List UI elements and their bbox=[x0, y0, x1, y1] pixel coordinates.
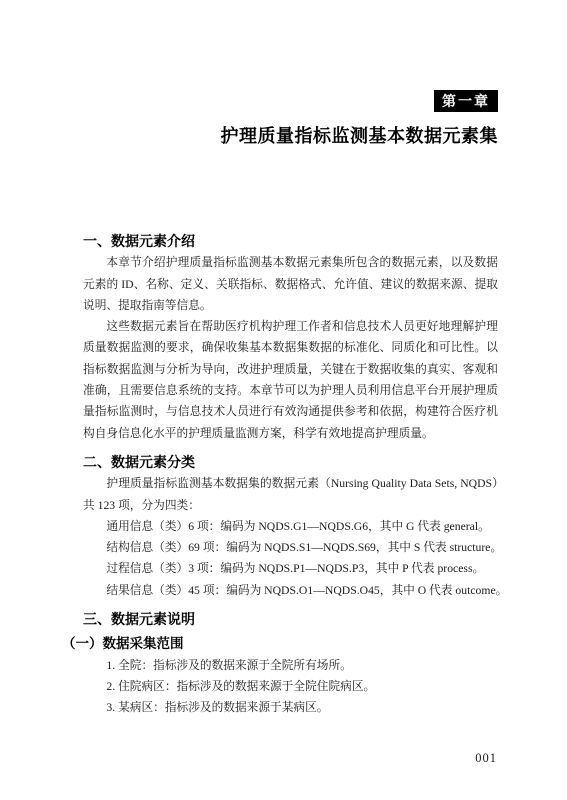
chapter-number-badge: 第一章 bbox=[434, 90, 498, 112]
chapter-title: 护理质量指标监测基本数据元素集 bbox=[83, 124, 498, 148]
section-heading-2: 二、数据元素分类 bbox=[83, 452, 498, 473]
scope-item-hospital-wide: 1. 全院：指标涉及的数据来源于全院所有场所。 bbox=[83, 655, 498, 676]
category-item-outcome: 结果信息（类）45 项：编码为 NQDS.O1—NQDS.O45，其中 O 代表… bbox=[83, 580, 498, 601]
page-body: 一、数据元素介绍 本章节介绍护理质量指标监测基本数据元素集所包含的数据元素，以及… bbox=[83, 231, 498, 719]
scope-item-inpatient-wards: 2. 住院病区：指标涉及的数据来源于全院住院病区。 bbox=[83, 676, 498, 697]
chapter-header: 第一章 护理质量指标监测基本数据元素集 bbox=[83, 90, 498, 148]
page-number: 001 bbox=[475, 751, 497, 766]
section1-paragraph-1: 本章节介绍护理质量指标监测基本数据元素集所包含的数据元素，以及数据元素的 ID、… bbox=[83, 252, 498, 316]
category-item-structure: 结构信息（类）69 项：编码为 NQDS.S1—NQDS.S69，其中 S 代表… bbox=[83, 537, 498, 558]
category-item-general: 通用信息（类）6 项：编码为 NQDS.G1—NQDS.G6，其中 G 代表 g… bbox=[83, 516, 498, 537]
book-page: 第一章 护理质量指标监测基本数据元素集 一、数据元素介绍 本章节介绍护理质量指标… bbox=[0, 0, 567, 800]
category-item-process: 过程信息（类）3 项：编码为 NQDS.P1—NQDS.P3，其中 P 代表 p… bbox=[83, 558, 498, 579]
subsection-heading-scope: （一）数据采集范围 bbox=[62, 633, 498, 654]
section-heading-1: 一、数据元素介绍 bbox=[83, 231, 498, 252]
section-heading-3: 三、数据元素说明 bbox=[83, 609, 498, 630]
scope-item-specific-ward: 3. 某病区：指标涉及的数据来源于某病区。 bbox=[83, 697, 498, 718]
section1-paragraph-2: 这些数据元素旨在帮助医疗机构护理工作者和信息技术人员更好地理解护理质量数据监测的… bbox=[83, 316, 498, 444]
section2-intro-paragraph: 护理质量指标监测基本数据集的数据元素（Nursing Quality Data … bbox=[83, 473, 498, 516]
